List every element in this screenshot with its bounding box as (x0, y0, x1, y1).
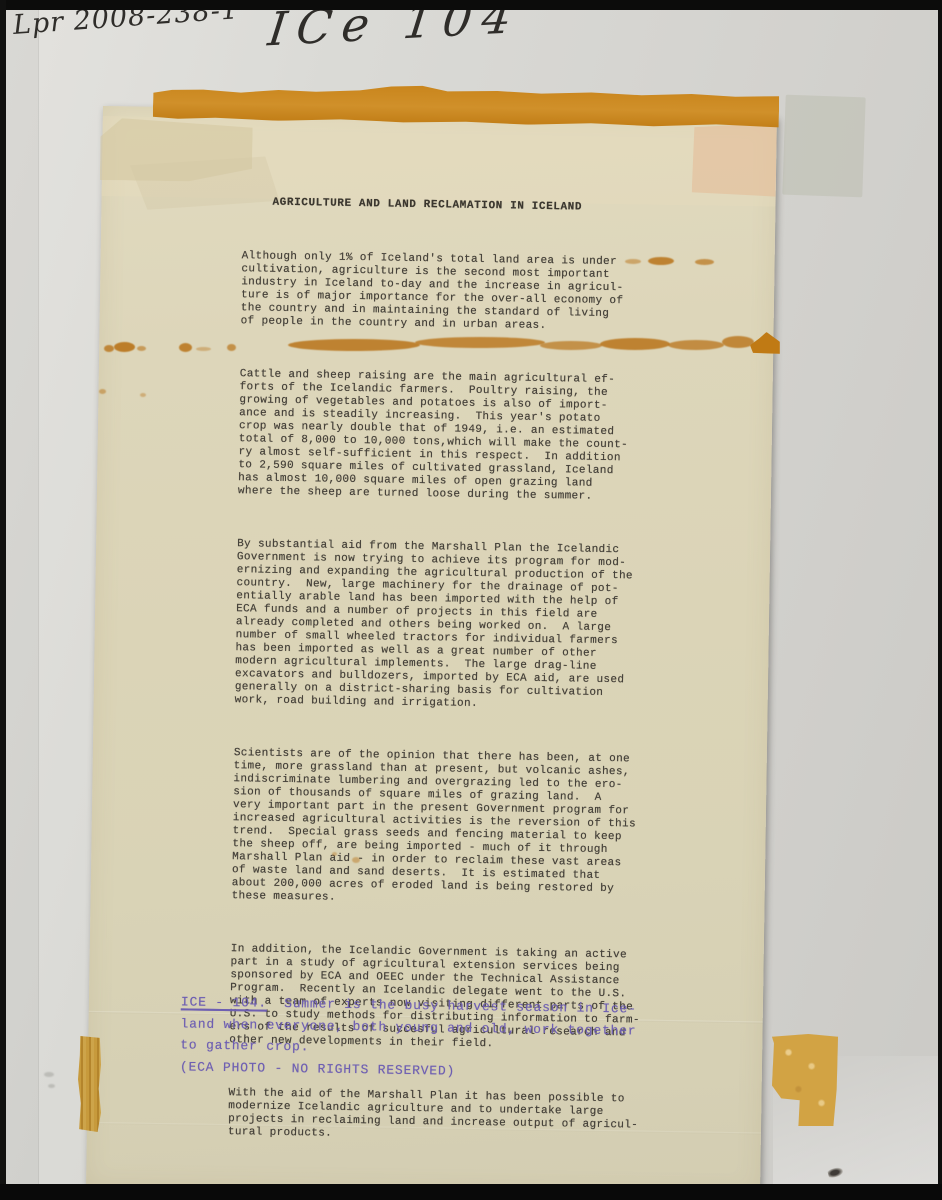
stain-mark (140, 393, 146, 397)
stain-mark (288, 339, 420, 351)
stain-mark (137, 346, 146, 351)
stain-mark (648, 257, 674, 265)
caption-id: ICE - 104. (181, 994, 267, 1010)
tape-piece-bottom-left (78, 1036, 101, 1132)
paragraph: Cattle and sheep raising are the main ag… (238, 368, 718, 505)
stain-mark (600, 338, 670, 350)
scan-border-top (0, 0, 942, 10)
stain-mark (722, 336, 754, 348)
scuff-mark (44, 1072, 54, 1077)
stain-mark (99, 389, 106, 394)
tape-ghost-mark (782, 95, 865, 198)
stain-mark (332, 852, 337, 856)
paragraph: Although only 1% of Iceland's total land… (241, 250, 720, 335)
caption-stamp: ICE - 104. Summer is the busy harvest se… (180, 991, 721, 1085)
paragraph: With the aid of the Marshall Plan it has… (228, 1087, 707, 1147)
scan-border-left (0, 0, 6, 1200)
stain-mark (352, 857, 360, 863)
scuff-mark (48, 1084, 55, 1088)
stain-mark (625, 259, 641, 264)
stain-mark (668, 340, 724, 350)
stain-mark (227, 344, 236, 351)
document-sheet: AGRICULTURE AND LAND RECLAMATION IN ICEL… (86, 106, 777, 1196)
paragraph: Scientists are of the opinion that there… (231, 747, 711, 910)
stain-mark (114, 342, 135, 352)
stain-mark (104, 345, 114, 352)
paragraph: By substantial aid from the Marshall Pla… (235, 538, 716, 714)
document-title: AGRICULTURE AND LAND RECLAMATION IN ICEL… (272, 197, 720, 217)
stain-mark (179, 343, 192, 352)
stain-mark (196, 347, 211, 351)
stain-mark (415, 337, 545, 348)
stain-mark (695, 259, 714, 265)
stain-mark (540, 341, 602, 350)
backing-seam (6, 10, 39, 1186)
scan-border-bottom (0, 1184, 942, 1200)
